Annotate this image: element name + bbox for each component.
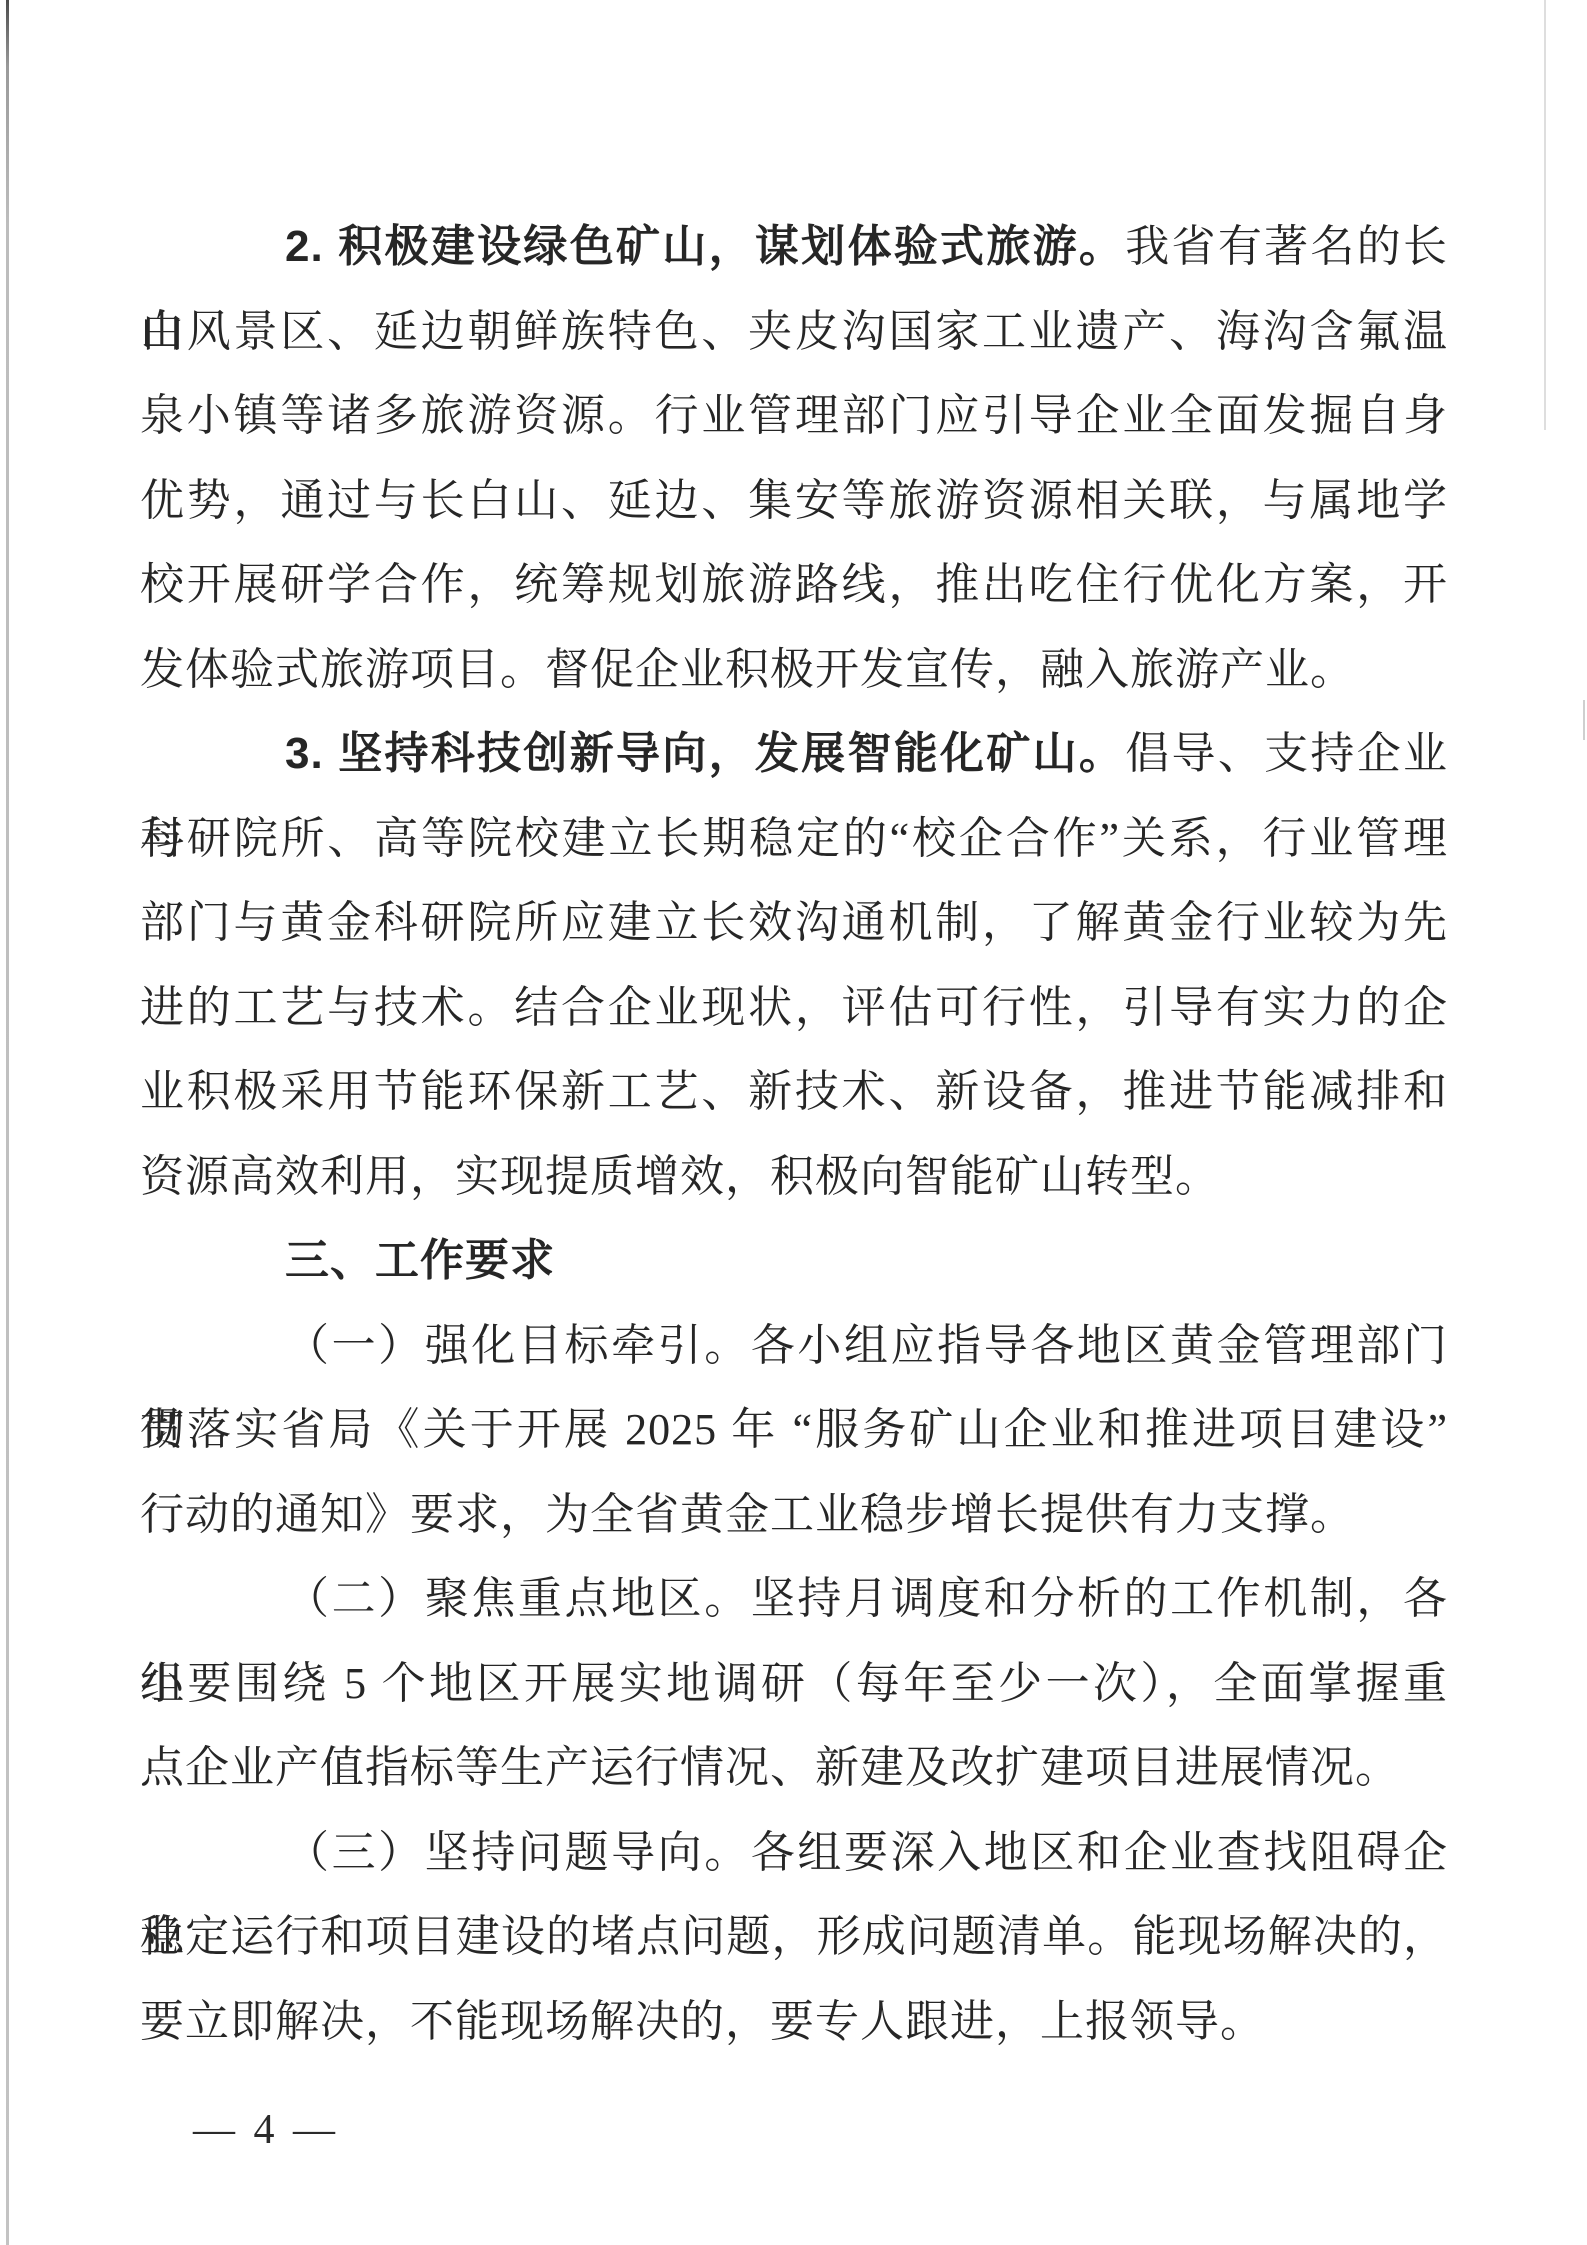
- text-line: 发体验式旅游项目。督促企业积极开发宣传，融入旅游产业。: [140, 628, 1448, 713]
- text-line: 泉小镇等诸多旅游资源。行业管理部门应引导企业全面发掘自身: [140, 374, 1448, 459]
- bold-heading-run: 2. 积极建设绿色矿山，谋划体验式旅游。: [285, 222, 1125, 271]
- text-line: 彻落实省局《关于开展 2025 年 “服务矿山企业和推进项目建设”: [140, 1388, 1448, 1473]
- text-line: 组要围绕 5 个地区开展实地调研（每年至少一次），全面掌握重: [140, 1642, 1448, 1727]
- section-heading: 三、工作要求: [140, 1219, 1448, 1304]
- page-number: — 4 —: [193, 2100, 339, 2160]
- body-run: 山风景区、延边朝鲜族特色、夹皮沟国家工业遗产、海沟含氟温: [140, 307, 1448, 356]
- text-line: 要立即解决，不能现场解决的，要专人跟进，上报领导。: [140, 1980, 1448, 2065]
- kaiti-subheading-run: （三）坚持问题导向。: [285, 1828, 751, 1877]
- body-run: 点企业产值指标等生产运行情况、新建及改扩建项目进展情况。: [140, 1743, 1400, 1792]
- body-run: 优势，通过与长白山、延边、集安等旅游资源相关联，与属地学: [140, 476, 1448, 525]
- text-line: 科研院所、高等院校建立长期稳定的“校企合作”关系，行业管理: [140, 797, 1448, 882]
- text-line: 山风景区、延边朝鲜族特色、夹皮沟国家工业遗产、海沟含氟温: [140, 290, 1448, 375]
- text-line: 业积极采用节能环保新工艺、新技术、新设备，推进节能减排和: [140, 1050, 1448, 1135]
- body-run: 校开展研学合作，统筹规划旅游路线，推出吃住行优化方案，开: [140, 560, 1448, 609]
- body-run: 稳定运行和项目建设的堵点问题，形成问题清单。能现场解决的，: [140, 1912, 1448, 1961]
- text-line: 优势，通过与长白山、延边、集安等旅游资源相关联，与属地学: [140, 459, 1448, 544]
- bold-heading-run: 三、工作要求: [285, 1236, 555, 1285]
- body-run: 业积极采用节能环保新工艺、新技术、新设备，推进节能减排和: [140, 1067, 1448, 1116]
- bold-heading-run: 3. 坚持科技创新导向，发展智能化矿山。: [285, 729, 1125, 778]
- text-line: （二）聚焦重点地区。坚持月调度和分析的工作机制，各小: [140, 1557, 1448, 1642]
- document-page: 2. 积极建设绿色矿山，谋划体验式旅游。我省有著名的长白 山风景区、延边朝鲜族特…: [140, 205, 1448, 2064]
- text-line: （三）坚持问题导向。各组要深入地区和企业查找阻碍企业: [140, 1811, 1448, 1896]
- kaiti-subheading-run: （二）聚焦重点地区。: [285, 1574, 751, 1623]
- body-run: 组要围绕 5 个地区开展实地调研（每年至少一次），全面掌握重: [140, 1659, 1448, 1708]
- body-run: 科研院所、高等院校建立长期稳定的“校企合作”关系，行业管理: [140, 814, 1448, 863]
- text-line: 点企业产值指标等生产运行情况、新建及改扩建项目进展情况。: [140, 1726, 1448, 1811]
- scan-edge-right: [1544, 0, 1546, 430]
- text-line: 校开展研学合作，统筹规划旅游路线，推出吃住行优化方案，开: [140, 543, 1448, 628]
- text-line: 部门与黄金科研院所应建立长效沟通机制，了解黄金行业较为先: [140, 881, 1448, 966]
- kaiti-subheading-run: （一）强化目标牵引。: [285, 1321, 751, 1370]
- body-run: 要立即解决，不能现场解决的，要专人跟进，上报领导。: [140, 1997, 1265, 2046]
- body-run: 彻落实省局《关于开展 2025 年 “服务矿山企业和推进项目建设”: [140, 1405, 1448, 1454]
- text-line: 进的工艺与技术。结合企业现状，评估可行性，引导有实力的企: [140, 966, 1448, 1051]
- body-run: 行动的通知》要求，为全省黄金工业稳步增长提供有力支撑。: [140, 1490, 1355, 1539]
- scan-noise-mark: [1583, 700, 1585, 740]
- text-line: 行动的通知》要求，为全省黄金工业稳步增长提供有力支撑。: [140, 1473, 1448, 1558]
- text-line: 稳定运行和项目建设的堵点问题，形成问题清单。能现场解决的，: [140, 1895, 1448, 1980]
- text-line: （一）强化目标牵引。各小组应指导各地区黄金管理部门贯: [140, 1304, 1448, 1389]
- text-line: 资源高效利用，实现提质增效，积极向智能矿山转型。: [140, 1135, 1448, 1220]
- text-line: 2. 积极建设绿色矿山，谋划体验式旅游。我省有著名的长白: [140, 205, 1448, 290]
- scan-edge-left: [6, 0, 9, 2245]
- body-run: 进的工艺与技术。结合企业现状，评估可行性，引导有实力的企: [140, 983, 1448, 1032]
- body-run: 资源高效利用，实现提质增效，积极向智能矿山转型。: [140, 1152, 1220, 1201]
- body-run: 泉小镇等诸多旅游资源。行业管理部门应引导企业全面发掘自身: [140, 391, 1448, 440]
- text-line: 3. 坚持科技创新导向，发展智能化矿山。倡导、支持企业与: [140, 712, 1448, 797]
- body-run: 发体验式旅游项目。督促企业积极开发宣传，融入旅游产业。: [140, 645, 1355, 694]
- body-run: 部门与黄金科研院所应建立长效沟通机制，了解黄金行业较为先: [140, 898, 1448, 947]
